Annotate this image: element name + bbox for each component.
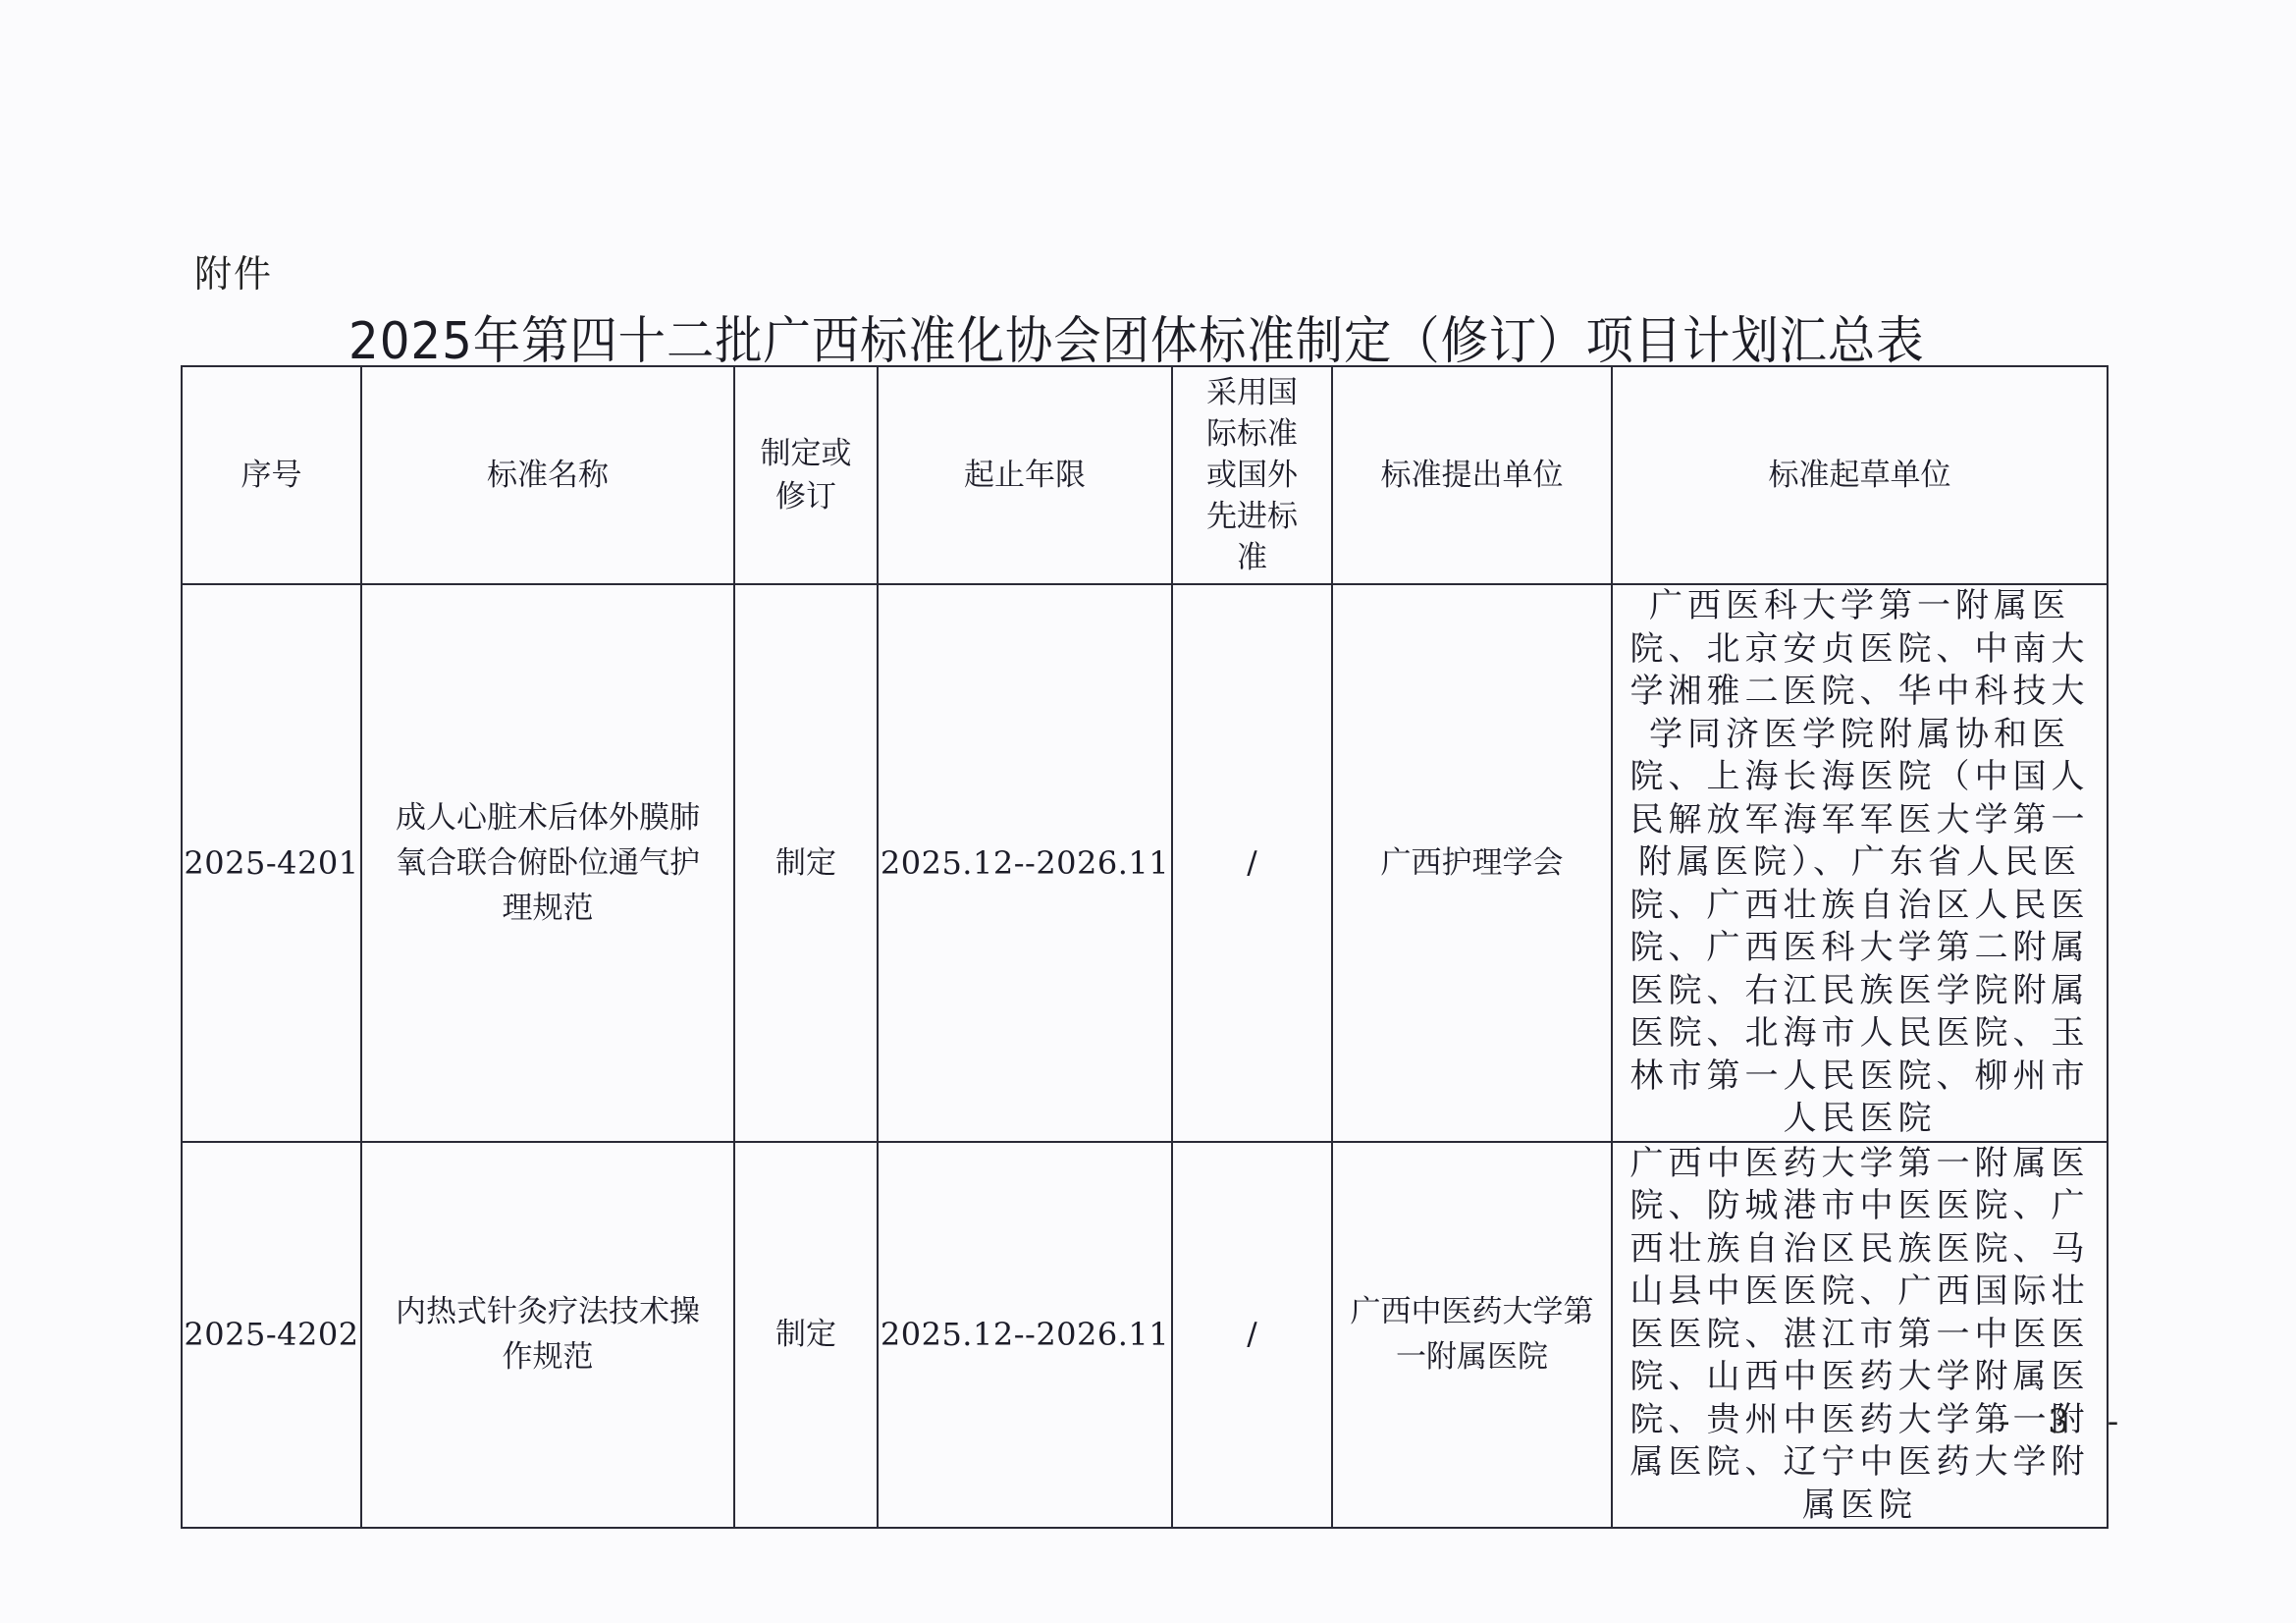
cell-period: 2025.12--2026.11: [878, 584, 1172, 1142]
project-plan-table: 序号 标准名称 制定或修订 起止年限 采用国际标准或国外先进标准 标准提出单位 …: [181, 365, 2109, 1529]
cell-drafters: 广西中医药大学第一附属医院、防城港市中医医院、广西壮族自治区民族医院、马山县中医…: [1612, 1142, 2108, 1529]
cell-type: 制定: [734, 1142, 878, 1529]
cell-proposer: 广西中医药大学第一附属医院: [1332, 1142, 1612, 1529]
column-header-adopt-intl: 采用国际标准或国外先进标准: [1172, 366, 1332, 584]
table-header-row: 序号 标准名称 制定或修订 起止年限 采用国际标准或国外先进标准 标准提出单位 …: [182, 366, 2108, 584]
cell-proposer: 广西护理学会: [1332, 584, 1612, 1142]
column-header-type: 制定或修订: [734, 366, 878, 584]
cell-adopt-intl: /: [1172, 584, 1332, 1142]
cell-name: 内热式针灸疗法技术操作规范: [361, 1142, 734, 1529]
cell-type: 制定: [734, 584, 878, 1142]
table-row: 2025-4201 成人心脏术后体外膜肺氧合联合俯卧位通气护理规范 制定 202…: [182, 584, 2108, 1142]
cell-period: 2025.12--2026.11: [878, 1142, 1172, 1529]
cell-serial: 2025-4202: [182, 1142, 361, 1529]
column-header-proposer: 标准提出单位: [1332, 366, 1612, 584]
column-header-drafters: 标准起草单位: [1612, 366, 2108, 584]
attachment-label: 附件: [194, 243, 273, 298]
cell-drafters: 广西医科大学第一附属医院、北京安贞医院、中南大学湘雅二医院、华中科技大学同济医学…: [1612, 584, 2108, 1142]
column-header-name: 标准名称: [361, 366, 734, 584]
document-title: 2025年第四十二批广西标准化协会团体标准制定（修订）项目计划汇总表: [348, 299, 1924, 373]
cell-serial: 2025-4201: [182, 584, 361, 1142]
cell-adopt-intl: /: [1172, 1142, 1332, 1529]
page-number: - 3 -: [1999, 1402, 2132, 1441]
table-row: 2025-4202 内热式针灸疗法技术操作规范 制定 2025.12--2026…: [182, 1142, 2108, 1529]
cell-name: 成人心脏术后体外膜肺氧合联合俯卧位通气护理规范: [361, 584, 734, 1142]
column-header-serial: 序号: [182, 366, 361, 584]
column-header-period: 起止年限: [878, 366, 1172, 584]
